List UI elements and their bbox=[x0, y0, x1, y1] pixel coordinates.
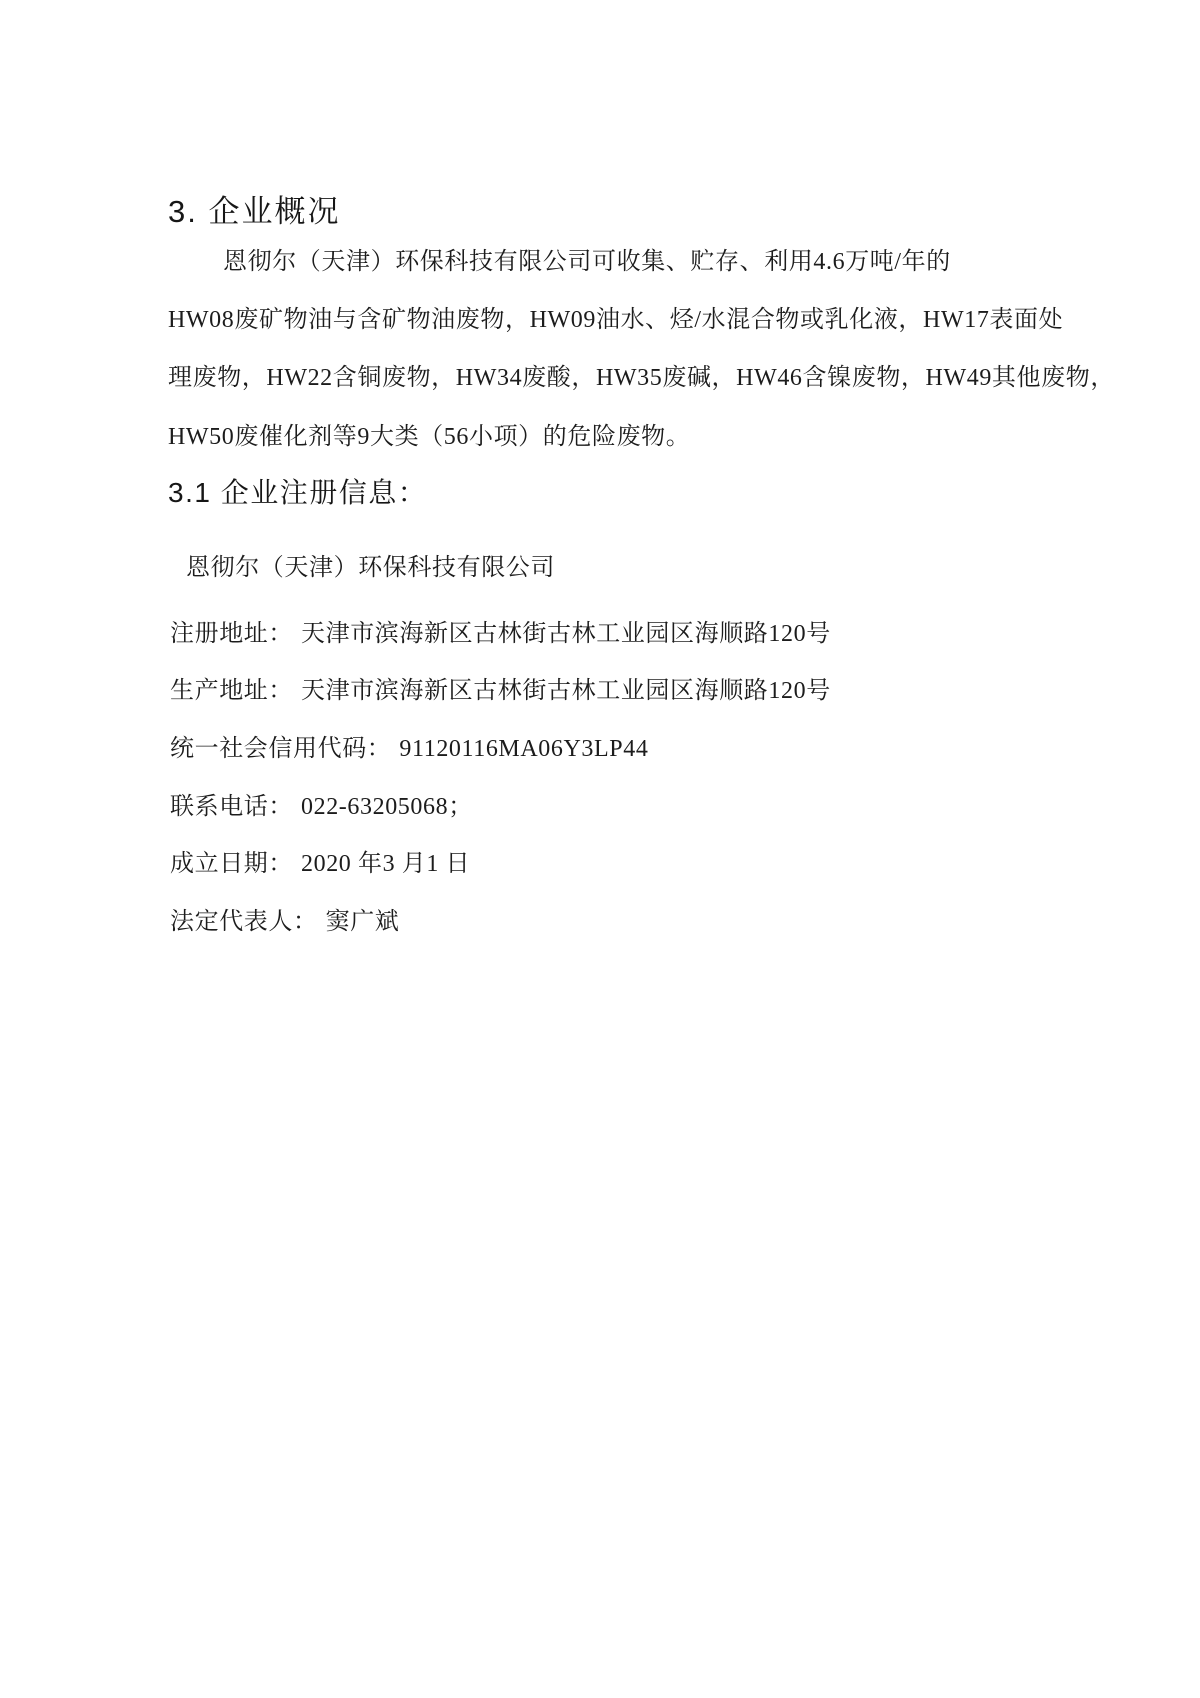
field-label: 成立日期： bbox=[170, 851, 293, 877]
intro-paragraph-line: HW08废矿物油与含矿物油废物，HW09油水、烃/水混合物或乳化液，HW17表面… bbox=[168, 299, 1058, 334]
field-label: 统一社会信用代码： bbox=[170, 736, 391, 762]
field-row-production-address: 生产地址：天津市滨海新区古林街古林工业园区海顺路120号 bbox=[170, 670, 831, 705]
field-row-founding-date: 成立日期：2020 年3 月1 日 bbox=[170, 843, 470, 878]
field-value: 2020 年3 月1 日 bbox=[301, 851, 470, 877]
document-page: 3. 企业概况 恩彻尔（天津）环保科技有限公司可收集、贮存、利用4.6万吨/年的… bbox=[0, 0, 1200, 1698]
field-label: 联系电话： bbox=[170, 794, 293, 820]
field-row-legal-representative: 法定代表人：窦广斌 bbox=[170, 901, 399, 936]
field-label: 法定代表人： bbox=[170, 909, 318, 935]
field-value: 窦广斌 bbox=[326, 909, 400, 935]
company-name: 恩彻尔（天津）环保科技有限公司 bbox=[186, 547, 555, 582]
field-label: 注册地址： bbox=[170, 621, 293, 647]
field-value: 022-63205068； bbox=[301, 794, 473, 820]
subsection-heading: 3.1 企业注册信息： bbox=[168, 471, 427, 511]
intro-paragraph-line: 恩彻尔（天津）环保科技有限公司可收集、贮存、利用4.6万吨/年的 bbox=[168, 241, 1113, 276]
field-value: 91120116MA06Y3LP44 bbox=[399, 736, 648, 762]
section-heading: 3. 企业概况 bbox=[168, 186, 340, 231]
field-row-registered-address: 注册地址：天津市滨海新区古林街古林工业园区海顺路120号 bbox=[170, 613, 831, 648]
field-value: 天津市滨海新区古林街古林工业园区海顺路120号 bbox=[301, 621, 831, 647]
field-row-credit-code: 统一社会信用代码：91120116MA06Y3LP44 bbox=[170, 728, 648, 763]
intro-paragraph-line: 理废物，HW22含铜废物，HW34废酸，HW35废碱，HW46含镍废物，HW49… bbox=[168, 357, 1058, 392]
intro-paragraph-line: HW50废催化剂等9大类（56小项）的危险废物。 bbox=[168, 416, 1058, 451]
field-label: 生产地址： bbox=[170, 678, 293, 704]
field-value: 天津市滨海新区古林街古林工业园区海顺路120号 bbox=[301, 678, 831, 704]
field-row-phone: 联系电话：022-63205068； bbox=[170, 786, 473, 821]
